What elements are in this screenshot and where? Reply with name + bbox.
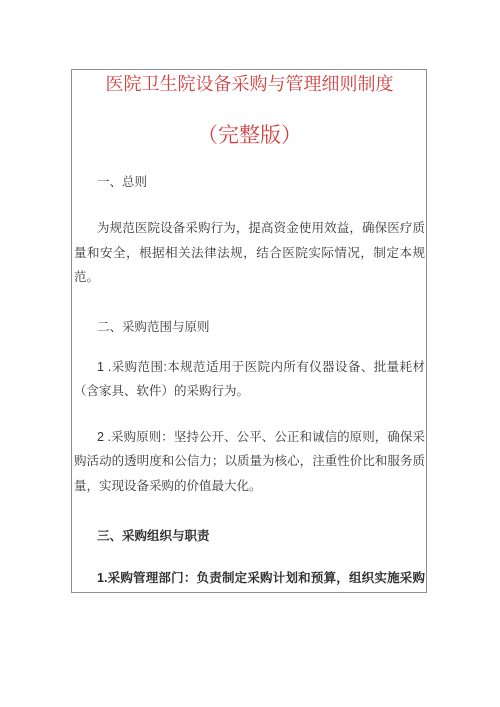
section-heading-general: 一、总则 <box>74 173 425 192</box>
document-subtitle: （完整版） <box>74 122 425 150</box>
document-title: 医院卫生院设备采购与管理细则制度 <box>74 72 425 96</box>
section-heading-organization: 三、采购组织与职责 <box>74 527 425 546</box>
document-page: 医院卫生院设备采购与管理细则制度 （完整版） 一、总则 为规范医院设备采购行为，… <box>71 69 427 593</box>
paragraph-procurement-scope: 1 .采购范围:本规范适用于医院内所有仪器设备、批量耗材（含家具、软件）的采购行… <box>74 355 425 404</box>
document-content: 医院卫生院设备采购与管理细则制度 （完整版） 一、总则 为规范医院设备采购行为，… <box>72 72 426 593</box>
paragraph-procurement-principles: 2 .采购原则：坚持公开、公平、公正和诚信的原则，确保采购活动的透明度和公信力；… <box>74 425 425 499</box>
paragraph-procurement-department: 1.采购管理部门：负责制定采购计划和预算，组织实施采购活动，监督合同的履行。 <box>74 566 425 593</box>
paragraph-general-provisions: 为规范医院设备采购行为，提高资金使用效益，确保医疗质量和安全，根据相关法律法规，… <box>74 216 425 290</box>
section-heading-scope: 二、采购范围与原则 <box>74 318 425 337</box>
